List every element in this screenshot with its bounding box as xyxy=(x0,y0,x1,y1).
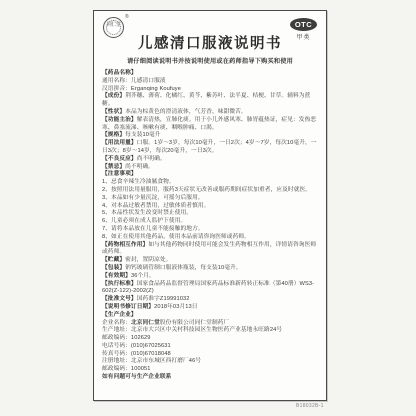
leaflet-line: 7、请将本品放在儿童不能接触的地方。 xyxy=(102,226,318,234)
line-section-label: 【性状】 xyxy=(102,109,125,115)
leaflet-line: 【注意事项】 xyxy=(102,171,318,179)
leaflet-line: 邮政编码：100051 xyxy=(102,366,318,374)
leaflet-line: 8、如正在使用其他药品，使用本品前请咨询医师或药师。 xyxy=(102,234,318,242)
leaflet-line: 通用名称：儿感清口服液 xyxy=(102,78,318,86)
leaflet-line: 1、忌食辛辣生冷油腻食物。 xyxy=(102,179,318,187)
otc-class-label: 甲类 xyxy=(290,32,317,41)
leaflet-line: 3、本品如有少量沉淀，可摇匀后服用。 xyxy=(102,195,318,203)
print-code: B18032B-1 xyxy=(296,403,324,409)
leaflet-photo: { "leaflet": { "logo": { "brand": "同仁堂",… xyxy=(0,0,416,416)
leaflet-line: 【生产企业】 xyxy=(102,312,318,320)
leaflet-line: 【用法用量】口服。1岁～3岁，每次10毫升，一日2次；4岁～7岁，每次10毫升，… xyxy=(102,140,318,156)
line-section-label: 【说明书修订日期】 xyxy=(102,304,154,310)
leaflet-line: 【成份】荆芥穗、薄荷、化橘红、黄芩、紫苏叶、法半夏、桔梗、甘草。辅料为蔗糖。 xyxy=(102,93,318,109)
leaflet-line: 【有效期】36个月。 xyxy=(102,273,318,281)
seal-ring xyxy=(106,20,121,35)
leaflet-line: 如有问题可与生产企业联系 xyxy=(102,374,318,382)
line-section-label: 【包装】 xyxy=(102,265,125,271)
line-section-label: 【规格】 xyxy=(102,132,125,138)
registered-trademark-mark: ® xyxy=(125,14,129,20)
leaflet-title: 儿感清口服液说明书 xyxy=(102,32,318,53)
leaflet-body: 【药品名称】通用名称：儿感清口服液汉语拼音：Erganqing Koufuye【… xyxy=(102,70,318,382)
line-section-label: 【有效期】 xyxy=(102,273,131,279)
line-section-label: 【执行标准】 xyxy=(102,281,137,287)
leaflet-line: 【批准文号】国药准字Z19991032 xyxy=(102,296,318,304)
leaflet-line: 【贮藏】密封，置阴凉处。 xyxy=(102,257,318,265)
leaflet-line: 【包装】钠钙玻璃管制口服液体瓶装，每支装10毫升。 xyxy=(102,265,318,273)
line-section-label: 【批准文号】 xyxy=(102,296,137,302)
line-section-label: 【不良反应】 xyxy=(102,156,137,162)
leaflet-line: 2、按照用法用量服用，服药3天症状无改善或服药期间症状加重者，应及时就医。 xyxy=(102,187,318,195)
line-section-label: 【药品名称】 xyxy=(102,70,137,76)
line-section-label: 【生产企业】 xyxy=(102,312,137,318)
line-section-label: 【用法用量】 xyxy=(102,140,137,146)
line-section-label: 【禁忌】 xyxy=(102,164,125,170)
leaflet-line: 5、本品性状发生改变时禁止使用。 xyxy=(102,210,318,218)
leaflet-line: 【不良反应】尚不明确。 xyxy=(102,156,318,164)
tongrentang-seal-icon: 同仁堂 xyxy=(103,17,124,38)
otc-oval-icon: OTC xyxy=(290,18,317,31)
leaflet-line: 【功能主治】解表清热，宣肺化痰。用于小儿外感风寒、肺胃蕴热证，症见：发热恶寒、鼻… xyxy=(102,117,318,133)
leaflet-line: 【药品名称】 xyxy=(102,70,318,78)
leaflet-line: 【性状】本品为棕黄色的澄清液体，气芳香，味甜微苦。 xyxy=(102,109,318,117)
leaflet-line: 【药物相互作用】如与其他药物同时使用可能会发生药物相互作用，详情请咨询医师或药师… xyxy=(102,242,318,258)
line-section-label: 【药物相互作用】 xyxy=(102,242,148,248)
leaflet-line: 【说明书修订日期】2018年03月13日 xyxy=(102,304,318,312)
line-section-label: 【成份】 xyxy=(102,93,125,99)
usage-notice: 请仔细阅读说明书并按说明使用或在药师指导下购买和使用 xyxy=(102,56,318,65)
line-section-label: 【注意事项】 xyxy=(102,171,137,177)
line-section-label: 【贮藏】 xyxy=(102,257,125,263)
leaflet-line: 电话号码：(010)67025631 xyxy=(102,343,318,351)
leaflet-line: 生产地址：北京市大兴区中关村科技园区生物医药产业基地永旺路24号 xyxy=(102,327,318,335)
leaflet-line: 6、儿童必须在成人监护下使用。 xyxy=(102,218,318,226)
leaflet-line: 邮政编码：102629 xyxy=(102,335,318,343)
company-brand-name: 北京同仁堂 xyxy=(131,320,160,326)
line-section-label: 【功能主治】 xyxy=(102,117,137,123)
otc-badge: OTC 甲类 xyxy=(290,18,317,41)
leaflet-line: 【执行标准】国家食品药品监督管理局国家药品标准新药转正标准（第40册）WS3-6… xyxy=(102,281,318,297)
leaflet-line: 【规格】每支装10毫升 xyxy=(102,132,318,140)
drug-leaflet: 同仁堂 ® OTC 甲类 儿感清口服液说明书 请仔细阅读说明书并按说明使用或在药… xyxy=(93,10,327,401)
